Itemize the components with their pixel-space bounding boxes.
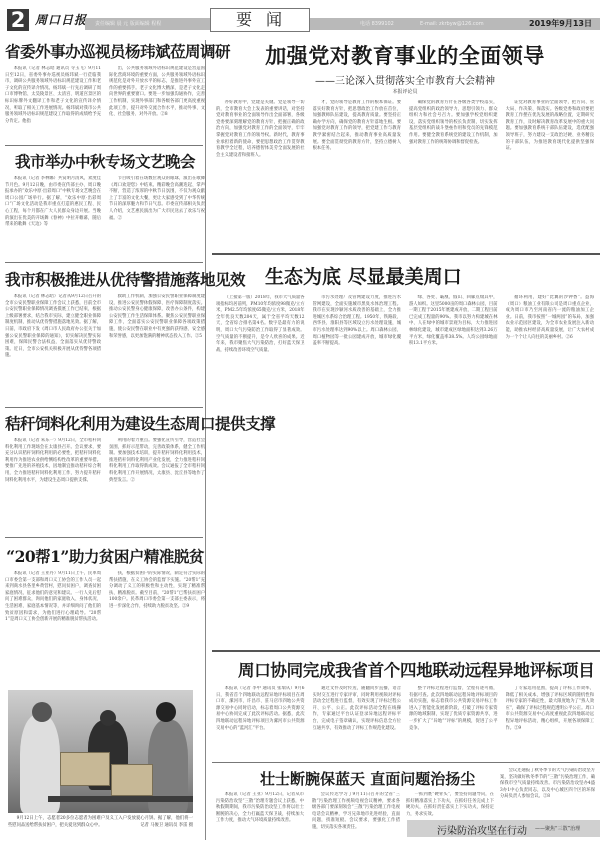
editor-code: 电话 8399102 [360, 18, 394, 30]
article-headline: 秸秆饲料化利用为建设生态周口提供支撑 [5, 412, 205, 434]
editor-info-bar: 责任编辑 晨 元 版面编辑 程程 [85, 18, 210, 30]
masthead-info-bar: 电话 8399102 E-mail: zkrbyw@126.com 2019年9… [310, 18, 600, 30]
article-body: 扶，根据贫困户的实际情况，制定符合实际的帮扶措施，在义工协会的监督下实施。“20… [109, 571, 205, 683]
article-body: 整个评标过程进行监督，全程有迹可循，有据可查。此次四地联动远程异地评标项目的成功… [409, 686, 498, 756]
issue-date: 2019年9月13日 [529, 18, 592, 30]
section-title: 要闻 [210, 8, 310, 32]
banner-subtitle: ——聚焦“三散”治理 [535, 825, 580, 832]
editorial-byline: 本报评论员 [210, 88, 600, 95]
photo-credit: 记者 马俊卫 通讯员 李雷 摄 [140, 823, 193, 830]
article-mid-autumn-gala: 我市举办中秋专场文艺晚会 本报讯（记者 李林娜）共赏明月清风，欢度佳节月色。9月… [5, 150, 205, 258]
contact-email: E-mail: zkrbyw@126.com [420, 18, 484, 30]
article-body: 了专家选用范围，提高了评标工作效率，降低了相关成本，增强了评标区域的随机性和评标… [506, 686, 595, 756]
article-body: （上接第一版）2018年，我市大气质量各项指标均居前列，PM10年均浓度98微克… [216, 295, 305, 625]
photo-person-head [156, 702, 176, 722]
article-body: 市污水处理厂及管网建设力度，推进污水管网建设，全面实施城市黑臭水体治理工程。我市… [313, 295, 402, 625]
article-body: 节目吸引着在场数位观众的眼球，演出在歌舞《周口欢迎您》中结束。精彩晚会高潮迭起、… [109, 176, 205, 260]
article-body: 本报讯（记者 林志昭 通讯员 寺玉飞）9月11日至12日，省委外事办巡视员杨玮斌… [5, 66, 101, 142]
article-body: 出，公共服务领域外语标识规范建设是营造国际化营商环境的重要方面，公共服务领域外语… [109, 66, 205, 142]
photo-caption: 9月12日上午，志愿者20多位志愿者为困难户及义工入户发放爱心月饼。据了解，他们… [8, 816, 193, 829]
section-divider [212, 650, 600, 652]
section-divider [212, 253, 600, 255]
section-divider [5, 262, 203, 263]
editorial-headline: 加强党对教育事业的全面领导 [210, 40, 600, 70]
article-headline: 生态为底 尽显最美周口 [210, 262, 600, 289]
photo-person-head [100, 710, 116, 726]
article-body: 确保党的教育方针在各级各类学校落实，提高党组织的政治领导力、思想引领力、群众组织… [409, 100, 498, 245]
article-body: 证党对教育事业的全面领导，把方向、管大局、作决策、保落实。各级党委和政府要把教育… [506, 100, 595, 245]
article-headline: 省委外事办巡视员杨玮斌莅周调研 [5, 40, 205, 62]
photo-gift-box [111, 764, 153, 796]
article-foreign-affairs: 省委外事办巡视员杨玮斌莅周调研 本报讯（记者 林志昭 通讯员 寺玉飞）9月11日… [5, 40, 205, 142]
article-body: 本报讯（记者 李中 通讯员 张瑞从）9月6日，我省首个四地联动远程异地评标项目在… [216, 686, 305, 756]
section-divider [212, 762, 600, 763]
article-headline: “20帮1”助力贫困户精准脱贫 [5, 545, 205, 567]
article-body: 会议还通报了秋冬季节的大气污染防治攻坚方案，坚决做好秋冬季节的“三散”污染治理工… [500, 768, 595, 816]
article-body: 本报讯（记者 李林娜）共赏明月清风，欢度佳节月色。9月12日晚，由市委宣传部主办… [5, 176, 101, 260]
page-number: 2 [7, 9, 29, 31]
article-police-welfare: 我市积极推进从优待警措施落地见效 本报讯（记者 林志昭）记者从9月12日召开的全… [5, 268, 205, 404]
article-straw-feed: 秸秆饲料化利用为建设生态周口提供支撑 本报讯（记者 朱东一）9月12日，全市秸秆… [5, 412, 205, 534]
article-body: 救助工作机制，加强公安民警职业保障制度建设，推进公安民警休假保障、医疗保障制度落… [109, 294, 205, 404]
news-photo [8, 690, 193, 813]
article-body: 通过文件及时传送，随翻同步直播，语音实时交互进行专家评审，同时利用视频对评标活动… [313, 686, 402, 756]
article-body: 本报讯（记者 林志昭）记者从9月12日召开的全市公安民警职业保障工作会议上获悉，… [5, 294, 101, 404]
article-headline: 我市积极推进从优待警措施落地见效 [5, 268, 205, 290]
article-body: 本报讯（记者 王亚）9月12日，记者从市污染防治攻坚“三散”治理专题会议上获悉，… [216, 792, 304, 840]
section-divider [5, 145, 203, 146]
section-divider [5, 537, 203, 538]
article-body: 办好教育中，党建是关键。党是领导一切的，全市教育大会上发表的重要讲话，对坚持党对… [216, 100, 305, 245]
article-body: 会议传达学习了9月11日召开的全省“三散”污染治理工作视频电视会议精神，要求各级… [312, 792, 400, 840]
article-body: 循环利用，建好“比翼的沙钟香”。益海（周口）粮油工业有限公司是周口重点企业，成为… [506, 295, 595, 625]
article-ecology: 生态为底 尽显最美周口 （上接第一版）2018年，我市大气质量各项指标均居前列，… [210, 262, 600, 628]
article-body: 绿、各处、霸凰、假山、回廊点缀其中，游人如织。这里5000亩的周口森林公园，目前… [409, 295, 498, 625]
article-body: 才，党的领导是教育工作的根本保证。要落实好教育方针，把思想政治工作放在首位，加强… [313, 100, 402, 245]
article-headline: 我市举办中秋专场文艺晚会 [5, 150, 205, 172]
article-body: 本报讯（记者 朱东一）9月12日，全市秸秆饲料化利用工作现场会在太康县召开。会议… [5, 438, 101, 536]
editorial-subheadline: ——三论深入贯彻落实全市教育大会精神 [210, 72, 600, 87]
article-poverty-relief: “20帮1”助力贫困户精准脱贫 本报讯（记者 王亚丹）9月11日上午，民革周口市… [5, 545, 205, 685]
banner-title: 污染防治攻坚在行动 [437, 822, 527, 837]
article-body: 利用的着力重点。要强化宣传引导，营造社会氛围，抓好示范带动，完善政策体系，健全工… [109, 438, 205, 536]
article-editorial: 加强党对教育事业的全面领导 ——三论深入贯彻落实全市教育大会精神 本报评论员 办… [210, 40, 600, 240]
photo-person-head [32, 702, 52, 722]
photo-gift-box [60, 752, 110, 786]
section-divider [5, 407, 203, 408]
column-divider [205, 40, 206, 840]
masthead: 2 周口日报 责任编辑 晨 元 版面编辑 程程 要闻 电话 8399102 E-… [0, 0, 600, 32]
campaign-banner: 污染防治攻坚在行动 ——聚焦“三散”治理 [407, 820, 600, 837]
article-body: 本报讯（记者 王亚丹）9月11日上午，民革周口市委会第一支部和周口义工协会的工作… [5, 571, 101, 683]
paper-name-logo: 周口日报 [35, 11, 87, 28]
photo-table [48, 796, 193, 802]
article-remote-bidding: 周口协同完成我省首个四地联动远程异地评标项目 本报讯（记者 李中 通讯员 张瑞从… [210, 657, 600, 757]
article-headline: 周口协同完成我省首个四地联动远程异地评标项目 [210, 657, 600, 681]
